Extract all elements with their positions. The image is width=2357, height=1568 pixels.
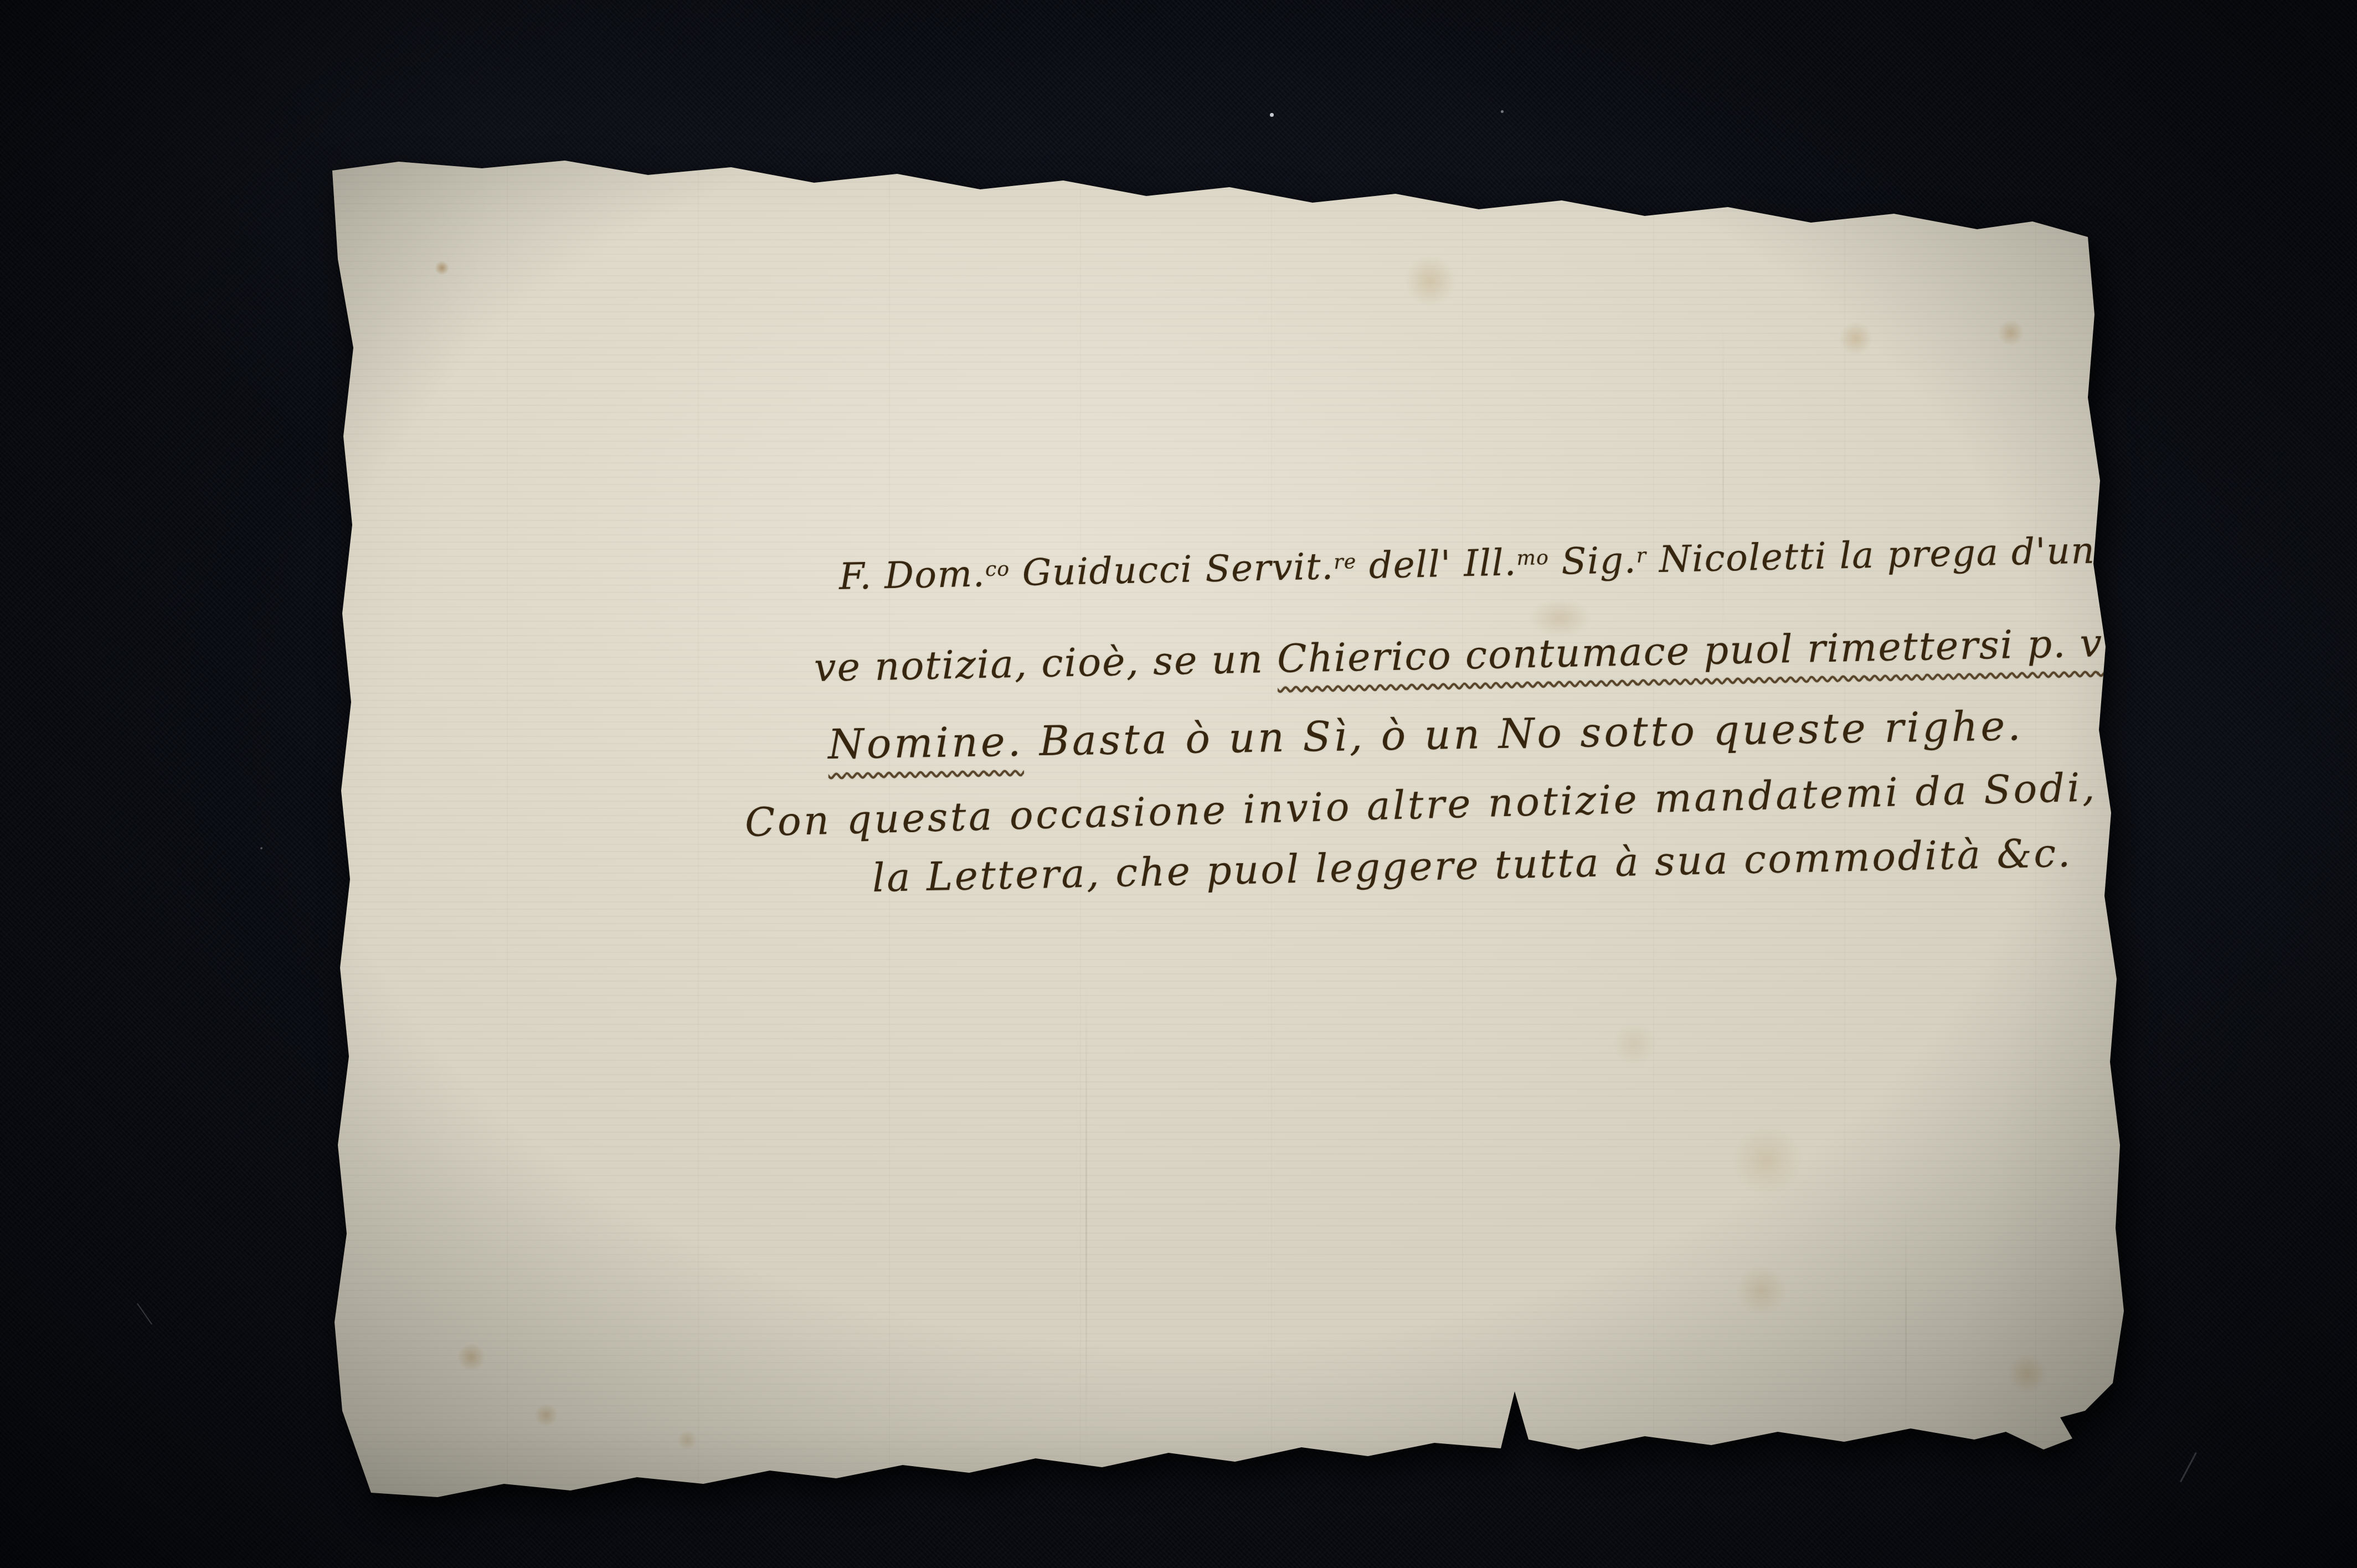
fabric-fiber (2180, 1452, 2197, 1482)
foxing-stain (435, 261, 449, 275)
text-segment: la Lettera, che puol leggere tutta à sua… (872, 830, 2072, 901)
paper-crease (1722, 314, 1724, 647)
foxing-stain (1612, 1022, 1657, 1067)
manuscript-paper-wrapper: F. Dom.co Guiducci Servit.re dell' Ill.m… (316, 148, 2132, 1521)
foxing-stain (2008, 1354, 2047, 1394)
dust-speck (260, 847, 263, 849)
manuscript-line-2: ve notizia, cioè, se un Chierico contuma… (814, 622, 2194, 687)
foxing-stain (1404, 255, 1457, 307)
text-segment: Con questa occasione invio altre notizie… (744, 757, 2344, 845)
foxing-stain (534, 1404, 558, 1427)
text-segment: ve notizia, cioè, se un (814, 636, 1278, 690)
text-segment: Guiducci Servit. (1009, 545, 1334, 594)
manuscript-line-5: la Lettera, che puol leggere tutta à sua… (872, 833, 2072, 898)
paper-crease (1085, 979, 1087, 1455)
text-segment: Basta ò un Sì, ò un No sotto queste righ… (1023, 702, 2024, 765)
dust-speck (1270, 113, 1274, 117)
superscript-abbreviation: mo (1516, 545, 1549, 570)
foxing-stain (457, 1343, 485, 1371)
manuscript-line-1: F. Dom.co Guiducci Servit.re dell' Ill.m… (838, 530, 2209, 595)
fabric-fiber (137, 1303, 152, 1325)
superscript-abbreviation: co (985, 556, 1010, 581)
foxing-stain (1736, 1265, 1787, 1316)
text-segment: dell' Ill. (1356, 541, 1517, 587)
photo-of-manuscript: F. Dom.co Guiducci Servit.re dell' Ill.m… (0, 0, 2357, 1568)
manuscript-paper: F. Dom.co Guiducci Servit.re dell' Ill.m… (316, 148, 2132, 1521)
foxing-stain (677, 1430, 697, 1450)
underlined-text-segment: Nomine. (827, 718, 1023, 768)
dust-speck (1501, 110, 1504, 113)
superscript-abbreviation: r (1636, 543, 1646, 567)
manuscript-line-3: Nomine. Basta ò un Sì, ò un No sotto que… (827, 705, 2024, 765)
text-segment: Sig. (1548, 539, 1637, 583)
foxing-stain (1731, 1124, 1804, 1197)
text-segment: F. Dom. (838, 552, 986, 598)
superscript-abbreviation: re (1334, 549, 1357, 574)
text-segment: Nicoletti la prega d'una bre: (1646, 527, 2209, 581)
foxing-stain (1839, 321, 1873, 355)
underlined-text-segment: Chierico contumace puol rimettersi p. vi… (1277, 618, 2194, 682)
paper-crease (1905, 1200, 1907, 1455)
foxing-stain (1998, 319, 2024, 346)
manuscript-line-4: Con questa occasione invio altre notizie… (744, 761, 2344, 842)
